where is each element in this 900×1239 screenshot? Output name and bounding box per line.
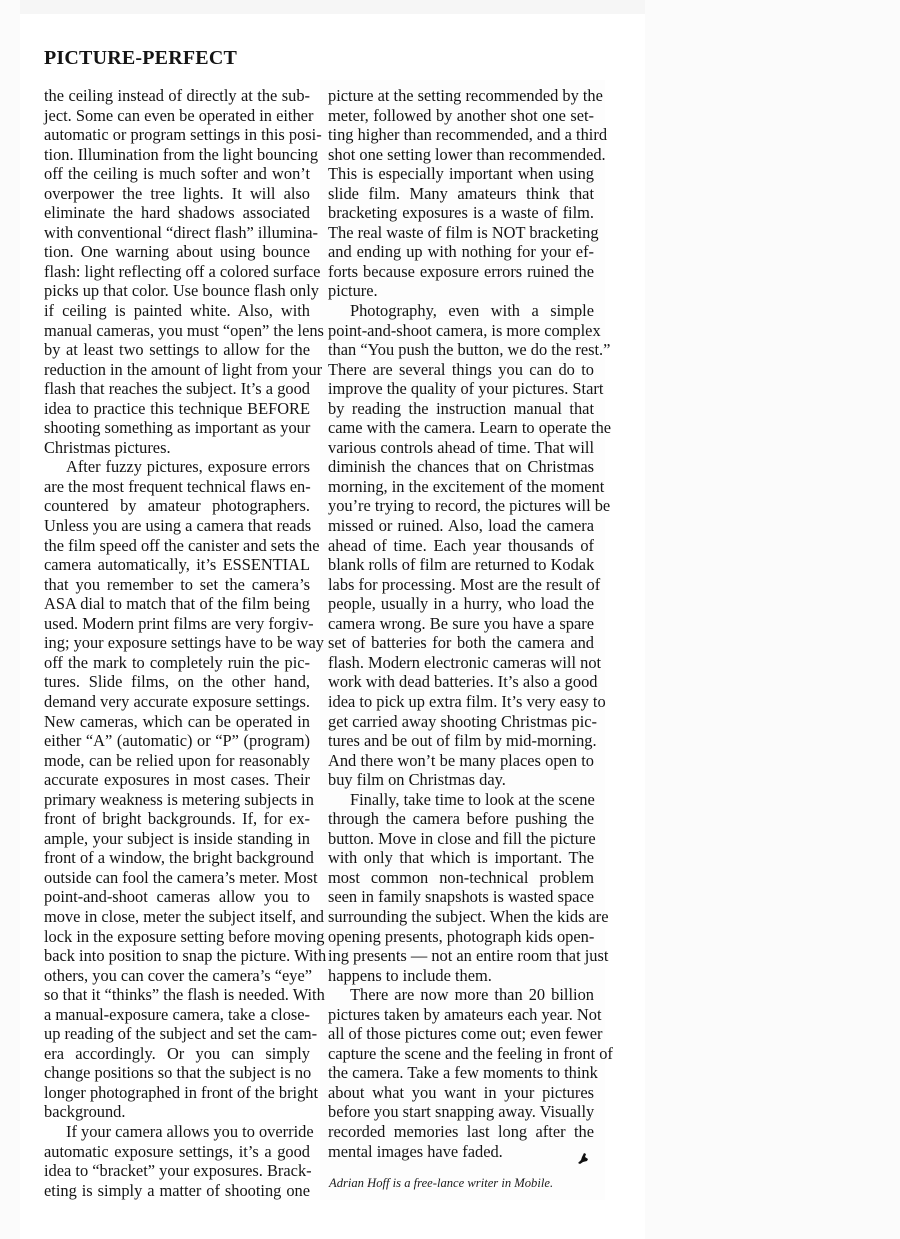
text-line: overpower the tree lights. It will also: [44, 184, 310, 204]
text-line: with only that which is important. The: [328, 848, 594, 868]
text-line: change positions so that the subject is …: [44, 1063, 310, 1083]
text-line: move in close, meter the subject itself,…: [44, 907, 310, 927]
text-line: Photography, even with a simple: [328, 301, 594, 321]
text-line: ASA dial to match that of the film being: [44, 594, 310, 614]
text-line: work with dead batteries. It’s also a go…: [328, 672, 594, 692]
text-line: lock in the exposure setting before movi…: [44, 927, 310, 947]
text-line: used. Modern print films are very forgiv…: [44, 614, 310, 634]
text-line: New cameras, which can be operated in: [44, 712, 310, 732]
text-line: tures. Slide films, on the other hand,: [44, 672, 310, 692]
text-line: camera wrong. Be sure you have a spare: [328, 614, 594, 634]
text-line: most common non-technical problem: [328, 868, 594, 888]
text-line: off the mark to completely ruin the pic-: [44, 653, 310, 673]
text-line: picks up that color. Use bounce flash on…: [44, 281, 310, 301]
text-line: tion. One warning about using bounce: [44, 242, 310, 262]
text-line: eliminate the hard shadows associated: [44, 203, 310, 223]
text-line: get carried away shooting Christmas pic-: [328, 712, 594, 732]
text-line: the film speed off the canister and sets…: [44, 536, 310, 556]
text-line: about what you want in your pictures: [328, 1083, 594, 1103]
text-line: so that it “thinks” the flash is needed.…: [44, 985, 310, 1005]
text-line: longer photographed in front of the brig…: [44, 1083, 310, 1103]
text-line: automatic exposure settings, it’s a good: [44, 1142, 310, 1162]
text-line: off the ceiling is much softer and won’t: [44, 164, 310, 184]
text-line: you’re trying to record, the pictures wi…: [328, 496, 594, 516]
text-line: primary weakness is metering subjects in: [44, 790, 310, 810]
text-line: reduction in the amount of light from yo…: [44, 360, 310, 380]
text-line: the camera. Take a few moments to think: [328, 1063, 594, 1083]
text-line: recorded memories last long after the: [328, 1122, 594, 1142]
text-line: meter, followed by another shot one set-: [328, 106, 594, 126]
text-line: by at least two settings to allow for th…: [44, 340, 310, 360]
text-line: era accordingly. Or you can simply: [44, 1044, 310, 1064]
text-line: slide film. Many amateurs think that: [328, 184, 594, 204]
text-line: and ending up with nothing for your ef-: [328, 242, 594, 262]
text-line: This is especially important when using: [328, 164, 594, 184]
text-line: the ceiling instead of directly at the s…: [44, 86, 310, 106]
text-line: improve the quality of your pictures. St…: [328, 379, 594, 399]
text-line: than “You push the button, we do the res…: [328, 340, 594, 360]
left-column: the ceiling instead of directly at the s…: [44, 86, 310, 1200]
text-line: by reading the instruction manual that: [328, 399, 594, 419]
text-line: happens to include them.: [328, 966, 594, 986]
text-line: others, you can cover the camera’s “eye”: [44, 966, 310, 986]
text-line: ting higher than recommended, and a thir…: [328, 125, 594, 145]
text-line: came with the camera. Learn to operate t…: [328, 418, 594, 438]
text-line: morning, in the excitement of the moment: [328, 477, 594, 497]
text-line: flash: light reflecting off a colored su…: [44, 262, 310, 282]
text-line: After fuzzy pictures, exposure errors: [44, 457, 310, 477]
text-line: flash that reaches the subject. It’s a g…: [44, 379, 310, 399]
text-line: either “A” (automatic) or “P” (program): [44, 731, 310, 751]
text-line: front of bright backgrounds. If, for ex-: [44, 809, 310, 829]
text-line: idea to pick up extra film. It’s very ea…: [328, 692, 594, 712]
text-line: flash. Modern electronic cameras will no…: [328, 653, 594, 673]
text-line: if ceiling is painted white. Also, with: [44, 301, 310, 321]
author-byline: Adrian Hoff is a free-lance writer in Mo…: [329, 1176, 553, 1191]
text-line: accurate exposures in most cases. Their: [44, 770, 310, 790]
text-line: forts because exposure errors ruined the: [328, 262, 594, 282]
top-margin-strip: [20, 0, 645, 14]
text-line: set of batteries for both the camera and: [328, 633, 594, 653]
text-line: buy film on Christmas day.: [328, 770, 594, 790]
text-line: opening presents, photograph kids open-: [328, 927, 594, 947]
text-line: pictures taken by amateurs each year. No…: [328, 1005, 594, 1025]
text-line: ject. Some can even be operated in eithe…: [44, 106, 310, 126]
text-line: idea to practice this technique BEFORE: [44, 399, 310, 419]
text-line: idea to “bracket” your exposures. Brack-: [44, 1161, 310, 1181]
text-line: picture.: [328, 281, 594, 301]
text-line: ing presents — not an entire room that j…: [328, 946, 594, 966]
text-line: with conventional “direct flash” illumin…: [44, 223, 310, 243]
text-line: people, usually in a hurry, who load the: [328, 594, 594, 614]
text-line: There are now more than 20 billion: [328, 985, 594, 1005]
text-line: various controls ahead of time. That wil…: [328, 438, 594, 458]
text-line: manual cameras, you must “open” the lens: [44, 321, 310, 341]
text-line: blank rolls of film are returned to Koda…: [328, 555, 594, 575]
end-mark-icon: [577, 1152, 589, 1166]
text-line: The real waste of film is NOT bracketing: [328, 223, 594, 243]
text-line: point-and-shoot camera, is more complex: [328, 321, 594, 341]
text-line: Unless you are using a camera that reads: [44, 516, 310, 536]
text-line: mental images have faded.: [328, 1142, 594, 1162]
text-line: up reading of the subject and set the ca…: [44, 1024, 310, 1044]
text-line: picture at the setting recommended by th…: [328, 86, 594, 106]
text-line: missed or ruined. Also, load the camera: [328, 516, 594, 536]
text-line: outside can fool the camera’s meter. Mos…: [44, 868, 310, 888]
text-line: mode, can be relied upon for reasonably: [44, 751, 310, 771]
text-line: background.: [44, 1102, 310, 1122]
text-line: tion. Illumination from the light bounci…: [44, 145, 310, 165]
text-line: Finally, take time to look at the scene: [328, 790, 594, 810]
text-line: a manual-exposure camera, take a close-: [44, 1005, 310, 1025]
text-line: shot one setting lower than recommended.: [328, 145, 594, 165]
text-line: that you remember to set the camera’s: [44, 575, 310, 595]
article-heading: PICTURE-PERFECT: [44, 47, 237, 70]
text-line: bracketing exposures is a waste of film.: [328, 203, 594, 223]
text-line: ahead of time. Each year thousands of: [328, 536, 594, 556]
text-line: demand very accurate exposure settings.: [44, 692, 310, 712]
text-line: through the camera before pushing the: [328, 809, 594, 829]
text-line: surrounding the subject. When the kids a…: [328, 907, 594, 927]
text-line: automatic or program settings in this po…: [44, 125, 310, 145]
text-line: countered by amateur photographers.: [44, 496, 310, 516]
text-line: all of those pictures come out; even few…: [328, 1024, 594, 1044]
text-line: front of a window, the bright background: [44, 848, 310, 868]
right-column: picture at the setting recommended by th…: [328, 86, 594, 1161]
text-line: capture the scene and the feeling in fro…: [328, 1044, 594, 1064]
text-line: Christmas pictures.: [44, 438, 310, 458]
text-line: tures and be out of film by mid-morning.: [328, 731, 594, 751]
text-line: before you start snapping away. Visually: [328, 1102, 594, 1122]
text-line: diminish the chances that on Christmas: [328, 457, 594, 477]
text-line: eting is simply a matter of shooting one: [44, 1181, 310, 1201]
text-line: ing; your exposure settings have to be w…: [44, 633, 310, 653]
text-line: labs for processing. Most are the result…: [328, 575, 594, 595]
text-line: camera automatically, it’s ESSENTIAL: [44, 555, 310, 575]
text-line: shooting something as important as your: [44, 418, 310, 438]
text-line: And there won’t be many places open to: [328, 751, 594, 771]
text-line: If your camera allows you to override: [44, 1122, 310, 1142]
text-line: seen in family snapshots is wasted space: [328, 887, 594, 907]
text-line: There are several things you can do to: [328, 360, 594, 380]
text-line: point-and-shoot cameras allow you to: [44, 887, 310, 907]
text-line: button. Move in close and fill the pictu…: [328, 829, 594, 849]
text-line: are the most frequent technical flaws en…: [44, 477, 310, 497]
text-line: ample, your subject is inside standing i…: [44, 829, 310, 849]
text-line: back into position to snap the picture. …: [44, 946, 310, 966]
